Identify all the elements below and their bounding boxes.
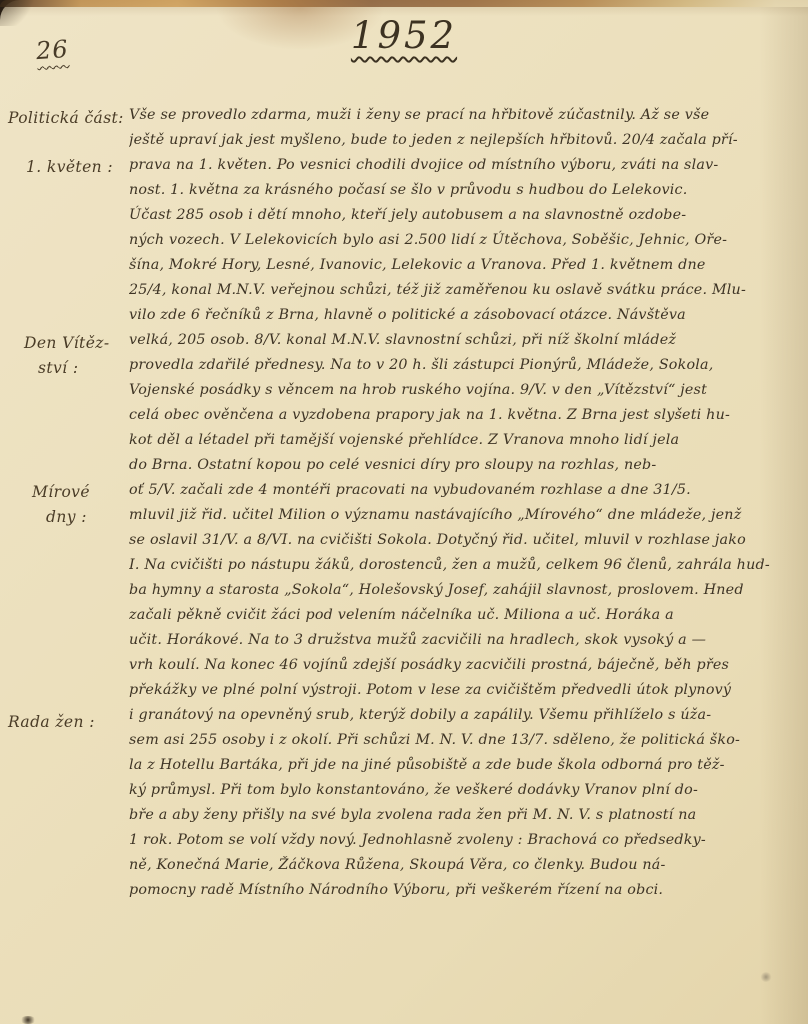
handwriting-line: 1 rok. Potom se volí vždy nový. Jednohla… — [129, 828, 804, 853]
margin-note-line: ství : — [24, 356, 109, 381]
handwriting-line: začali pěkně cvičit žáci pod velením náč… — [129, 603, 804, 628]
handwriting-line: oť 5/V. začali zde 4 montéři pracovati n… — [129, 478, 804, 503]
paper-corner-mark — [20, 1016, 36, 1024]
paper-sheet: 26 1952 Politická část: 1. květen : Den … — [0, 0, 808, 1024]
handwriting-line: mluvil již řid. učitel Milion o významu … — [129, 503, 804, 528]
margin-note-line: Politická část: — [8, 109, 124, 127]
margin-note-line: dny : — [32, 505, 90, 530]
handwriting-line: bře a aby ženy přišly na své byla zvolen… — [129, 803, 804, 828]
handwriting-line: vilo zde 6 řečníků z Brna, hlavně o poli… — [129, 303, 804, 328]
handwriting-line: ještě upraví jak jest myšleno, bude to j… — [129, 128, 804, 153]
handwriting-line: ně, Konečná Marie, Žáčkova Růžena, Skoup… — [129, 853, 804, 878]
handwriting-line: la z Hotellu Bartáka, při jde na jiné pů… — [129, 753, 804, 778]
margin-note-victory-day: Den Vítěz- ství : — [24, 331, 109, 381]
margin-note-political-section: Politická část: — [8, 106, 124, 131]
margin-note-line: Den Vítěz- — [24, 334, 109, 352]
handwriting-line: Vojenské posádky s věncem na hrob ruskéh… — [129, 378, 804, 403]
margin-note-peace-days: Mírové dny : — [32, 480, 90, 530]
handwriting-line: nost. 1. května za krásného počasí se šl… — [129, 178, 804, 203]
handwriting-line: velká, 205 osob. 8/V. konal M.N.V. slavn… — [129, 328, 804, 353]
page-title-year: 1952 — [0, 14, 808, 57]
handwriting-line: ných vozech. V Lelekovicích bylo asi 2.5… — [129, 228, 804, 253]
paper-smudge — [760, 972, 772, 982]
margin-note-first-of-may: 1. květen : — [26, 155, 113, 180]
handwriting-line: učit. Horákové. Na to 3 družstva mužů za… — [129, 628, 804, 653]
handwriting-line: vrh koulí. Na konec 46 vojínů zdejší pos… — [129, 653, 804, 678]
handwriting-line: se oslavil 31/V. a 8/VI. na cvičišti Sok… — [129, 528, 804, 553]
handwriting-line: prava na 1. květen. Po vesnici chodili d… — [129, 153, 804, 178]
handwriting-line: ký průmysl. Při tom bylo konstantováno, … — [129, 778, 804, 803]
handwriting-line: překážky ve plné polní výstroji. Potom v… — [129, 678, 804, 703]
handwriting-line: I. Na cvičišti po nástupu žáků, dorosten… — [129, 553, 804, 578]
handwriting-line: sem asi 255 osoby i z okolí. Při schůzi … — [129, 728, 804, 753]
handwriting-line: provedla zdařilé přednesy. Na to v 20 h.… — [129, 353, 804, 378]
margin-note-line: Rada žen : — [8, 713, 95, 731]
handwriting-line: Účast 285 osob i dětí mnoho, kteří jely … — [129, 203, 804, 228]
handwriting-line: i granátový na opevněný srub, kterýž dob… — [129, 703, 804, 728]
handwritten-body: Vše se provedlo zdarma, muži i ženy se p… — [129, 103, 804, 903]
margin-note-womens-council: Rada žen : — [8, 710, 95, 735]
scanned-chronicle-page: { "page": { "number": "26", "year_title"… — [0, 0, 808, 1024]
handwriting-line: celá obec ověnčena a vyzdobena prapory j… — [129, 403, 804, 428]
handwriting-line: kot děl a létadel při tamější vojenské p… — [129, 428, 804, 453]
margin-note-line: 1. květen : — [26, 158, 113, 176]
handwriting-line: pomocny radě Místního Národního Výboru, … — [129, 878, 804, 903]
handwriting-line: Vše se provedlo zdarma, muži i ženy se p… — [129, 103, 804, 128]
handwriting-line: do Brna. Ostatní kopou po celé vesnici d… — [129, 453, 804, 478]
page-top-edge-shadow — [0, 0, 808, 7]
handwriting-line: šína, Mokré Hory, Lesné, Ivanovic, Lelek… — [129, 253, 804, 278]
handwriting-line: 25/4, konal M.N.V. veřejnou schůzi, též … — [129, 278, 804, 303]
margin-note-line: Mírové — [32, 483, 90, 501]
handwriting-line: ba hymny a starosta „Sokola“, Holešovský… — [129, 578, 804, 603]
